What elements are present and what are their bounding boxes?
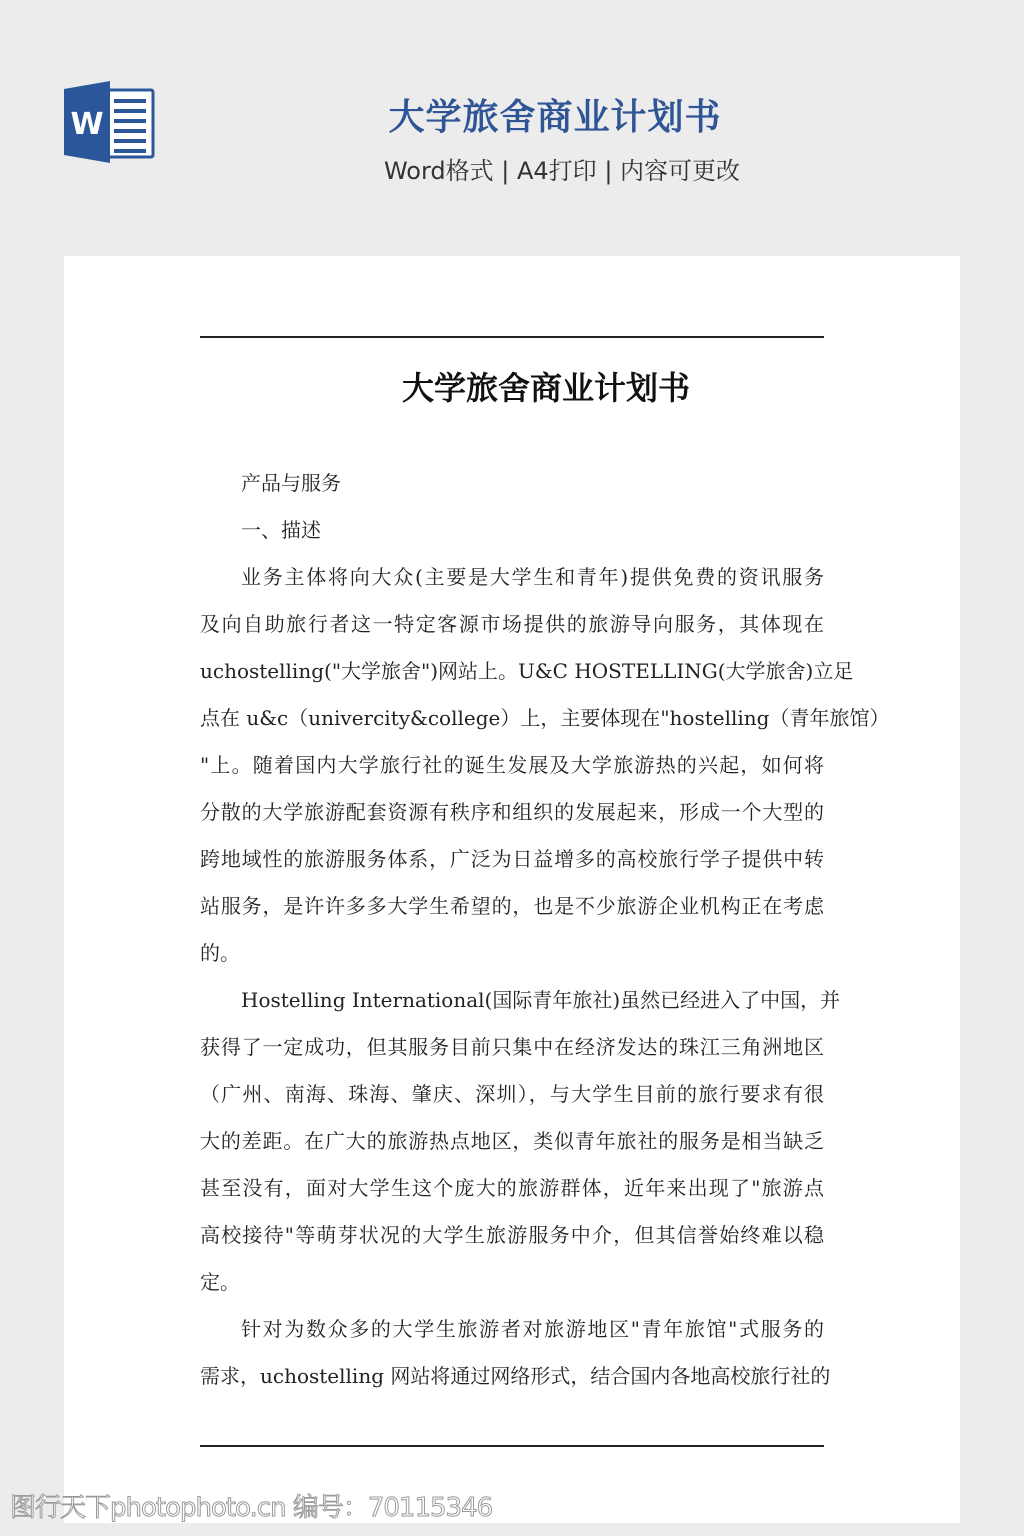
document-line: （广州、南海、珠海、肇庆、深圳），与大学生目前的旅行要求有很 — [200, 1071, 824, 1118]
document-body: 产品与服务一、描述业务主体将向大众(主要是大学生和青年)提供免费的资讯服务及向自… — [200, 460, 824, 1400]
document-line: 一、描述 — [200, 507, 824, 554]
document-line: "上。随着国内大学旅行社的诞生发展及大学旅游热的兴起，如何将 — [200, 742, 824, 789]
document-line: 点在 u&c（univercity&college）上，主要体现在"hostel… — [200, 695, 824, 742]
document-line: 获得了一定成功，但其服务目前只集中在经济发达的珠江三角洲地区 — [200, 1024, 824, 1071]
header-title: 大学旅舍商业计划书 — [0, 96, 1024, 140]
document-line: Hostelling International(国际青年旅社)虽然已经进入了中… — [200, 977, 824, 1024]
header-subtitle: Word格式 | A4打印 | 内容可更改 — [0, 155, 1024, 187]
watermark: 图行天下photophoto.cn 编号：70115346 — [10, 1493, 492, 1523]
document-line: 高校接待"等萌芽状况的大学生旅游服务中介，但其信誉始终难以稳 — [200, 1212, 824, 1259]
document-page: 大学旅舍商业计划书 产品与服务一、描述业务主体将向大众(主要是大学生和青年)提供… — [64, 256, 960, 1523]
document-line: 跨地域性的旅游服务体系，广泛为日益增多的高校旅行学子提供中转 — [200, 836, 824, 883]
document-line: 及向自助旅行者这一特定客源市场提供的旅游导向服务，其体现在 — [200, 601, 824, 648]
header-banner: W 大学旅舍商业计划书 Word格式 | A4打印 | 内容可更改 — [0, 0, 1024, 256]
document-line: 大的差距。在广大的旅游热点地区，类似青年旅社的服务是相当缺乏 — [200, 1118, 824, 1165]
document-line: uchostelling("大学旅舍")网站上。U&C HOSTELLING(大… — [200, 648, 824, 695]
bottom-divider — [200, 1445, 824, 1447]
document-line: 针对为数众多的大学生旅游者对旅游地区"青年旅馆"式服务的 — [200, 1306, 824, 1353]
document-title: 大学旅舍商业计划书 — [64, 366, 1024, 410]
document-line: 需求，uchostelling 网站将通过网络形式，结合国内各地高校旅行社的 — [200, 1353, 824, 1400]
document-line: 业务主体将向大众(主要是大学生和青年)提供免费的资讯服务 — [200, 554, 824, 601]
document-line: 分散的大学旅游配套资源有秩序和组织的发展起来，形成一个大型的 — [200, 789, 824, 836]
document-line: 的。 — [200, 930, 824, 977]
document-line: 站服务，是许许多多大学生希望的，也是不少旅游企业机构正在考虑 — [200, 883, 824, 930]
document-line: 产品与服务 — [200, 460, 824, 507]
document-line: 定。 — [200, 1259, 824, 1306]
top-divider — [200, 336, 824, 338]
document-line: 甚至没有，面对大学生这个庞大的旅游群体，近年来出现了"旅游点 — [200, 1165, 824, 1212]
